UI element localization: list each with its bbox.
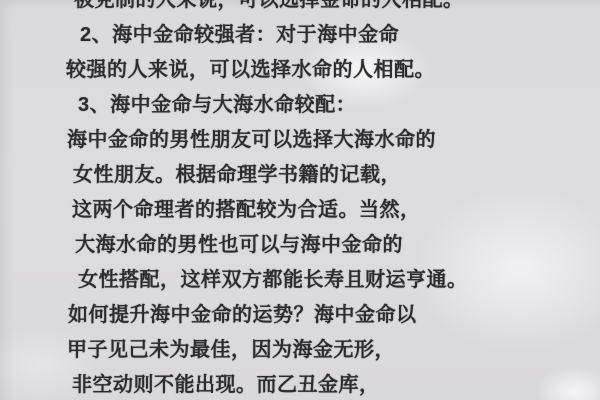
text-line: 大海水命的男性也可以与海中金命的 <box>0 228 600 263</box>
text-line: 女性朋友。根据命理学书籍的记载， <box>0 158 600 193</box>
article-text-block: 被克制的人来说，可以选择金命的人相配。 2、海中金命较强者：对于海中金命 较强的… <box>0 0 600 400</box>
text-line: 如何提升海中金命的运势？海中金命以 <box>0 298 600 333</box>
text-line: 这两个命理者的搭配较为合适。当然， <box>0 193 600 228</box>
text-line-clipped-top: 被克制的人来说，可以选择金命的人相配。 <box>0 0 600 18</box>
text-line: 较强的人来说，可以选择水命的人相配。 <box>0 53 600 88</box>
text-line-bottom: 非空动则不能出现。而乙丑金库， <box>0 368 600 400</box>
text-line: 3、海中金命与大海水命较配： <box>0 88 600 123</box>
text-line: 甲子见己未为最佳，因为海金无形， <box>0 333 600 368</box>
article-frame: 被克制的人来说，可以选择金命的人相配。 2、海中金命较强者：对于海中金命 较强的… <box>0 0 600 400</box>
text-line: 女性搭配，这样双方都能长寿且财运亨通。 <box>0 263 600 298</box>
text-line: 海中金命的男性朋友可以选择大海水命的 <box>0 123 600 158</box>
text-line: 2、海中金命较强者：对于海中金命 <box>0 18 600 53</box>
